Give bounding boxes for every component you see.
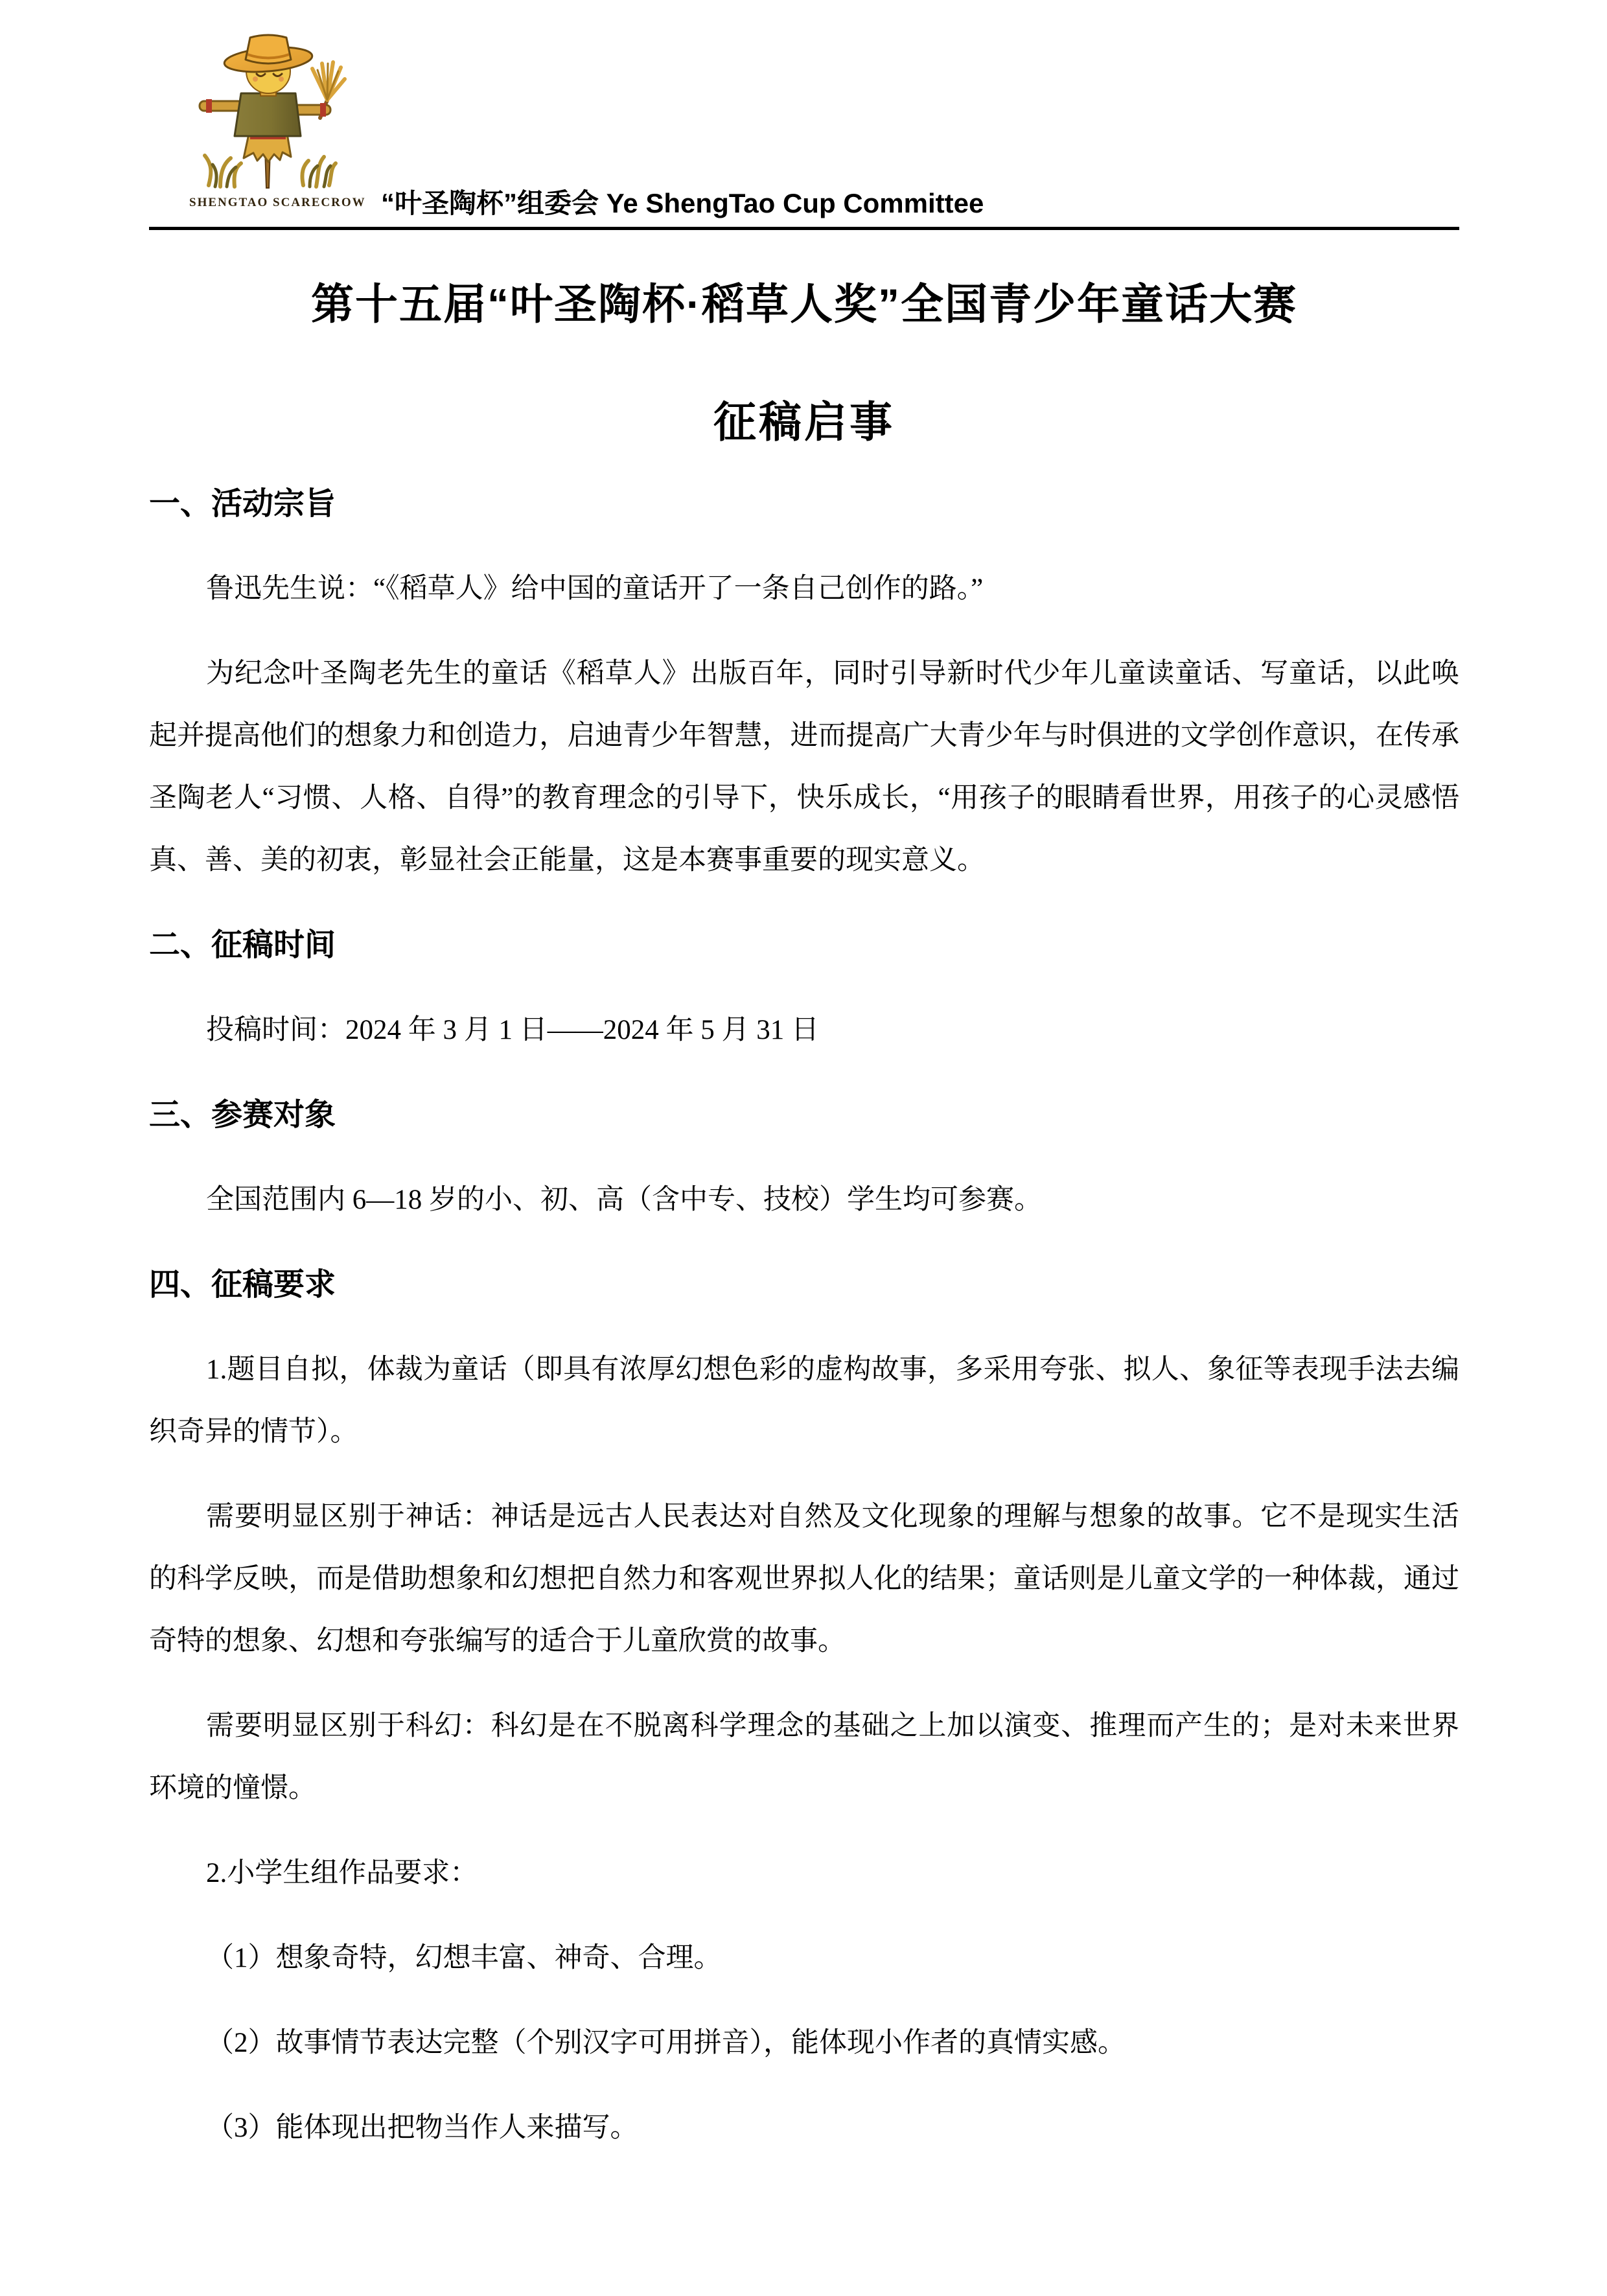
paragraph: 鲁迅先生说：“《稻草人》给中国的童话开了一条自己创作的路。” [149, 558, 1459, 620]
section-heading-2: 二、征稿时间 [149, 914, 1459, 977]
section-heading-4: 四、征稿要求 [149, 1254, 1459, 1316]
logo: SHENGTAO SCARECROW [189, 32, 347, 210]
section-heading-1: 一、活动宗旨 [149, 473, 1459, 535]
list-item: （3）能体现出把物当作人来描写。 [149, 2097, 1459, 2159]
paragraph: 投稿时间：2024 年 3 月 1 日——2024 年 5 月 31 日 [149, 999, 1459, 1061]
scarecrow-logo-icon [189, 32, 347, 194]
document-body: 第十五届“叶圣陶杯·稻草人奖”全国青少年童话大赛 征稿启事 一、活动宗旨 鲁迅先… [149, 227, 1459, 2182]
paragraph: 为纪念叶圣陶老先生的童话《稻草人》出版百年，同时引导新时代少年儿童读童话、写童话… [149, 643, 1459, 892]
page-subtitle: 征稿启事 [149, 394, 1459, 450]
list-item: （2）故事情节表达完整（个别汉字可用拼音），能体现小作者的真情实感。 [149, 2012, 1459, 2074]
paragraph: 需要明显区别于科幻：科幻是在不脱离科学理念的基础之上加以演变、推理而产生的；是对… [149, 1695, 1459, 1820]
section-heading-3: 三、参赛对象 [149, 1084, 1459, 1146]
paragraph: 全国范围内 6—18 岁的小、初、高（含中专、技校）学生均可参赛。 [149, 1169, 1459, 1231]
letterhead: SHENGTAO SCARECROW “叶圣陶杯”组委会 Ye ShengTao… [149, 0, 1459, 230]
paragraph: 1.题目自拟，体裁为童话（即具有浓厚幻想色彩的虚构故事，多采用夸张、拟人、象征等… [149, 1339, 1459, 1463]
committee-name: “叶圣陶杯”组委会 Ye ShengTao Cup Committee [381, 188, 984, 219]
list-item: （1）想象奇特，幻想丰富、神奇、合理。 [149, 1927, 1459, 1989]
logo-caption: SHENGTAO SCARECROW [189, 196, 347, 210]
page-title: 第十五届“叶圣陶杯·稻草人奖”全国青少年童话大赛 [149, 276, 1459, 332]
document-page: SHENGTAO SCARECROW “叶圣陶杯”组委会 Ye ShengTao… [0, 0, 1607, 2296]
paragraph: 需要明显区别于神话：神话是远古人民表达对自然及文化现象的理解与想象的故事。它不是… [149, 1486, 1459, 1673]
paragraph: 2.小学生组作品要求： [149, 1842, 1459, 1905]
